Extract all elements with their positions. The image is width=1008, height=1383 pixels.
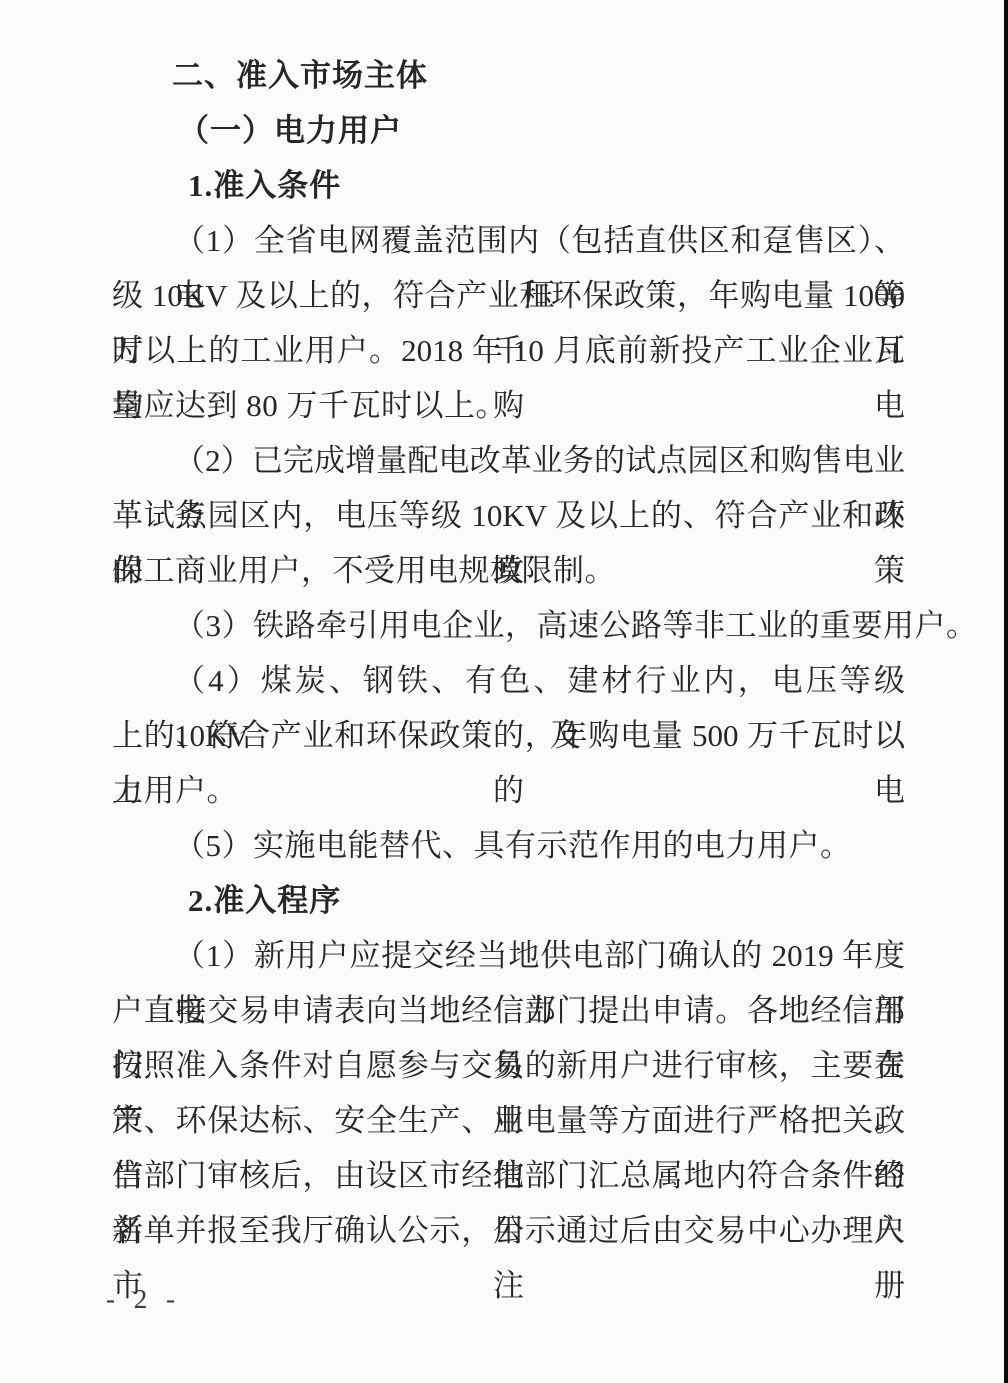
document-content: 二、准入市场主体 （一）电力用户 1.准入条件 （1）全省电网覆盖范围内（包括直…	[112, 48, 905, 1258]
paragraph-line: 革试点园区内，电压等级 10KV 及以上的、符合产业和环保政策	[112, 488, 905, 543]
paragraph-line: （1）全省电网覆盖范围内（包括直供区和趸售区）、电压等	[112, 213, 905, 268]
paragraph-line: （5）实施电能替代、具有示范作用的电力用户。	[112, 818, 905, 873]
paragraph-line: 名单并报至我厅确认公示，公示通过后由交易中心办理入市注册	[112, 1203, 905, 1258]
paragraph-line: （4）煤炭、钢铁、有色、建材行业内，电压等级 10KV 及以	[112, 653, 905, 708]
section-heading: 二、准入市场主体	[112, 48, 905, 103]
paragraph-procedure-1: （1）新用户应提交经当地供电部门确认的 2019 年度电力用 户直接交易申请表向…	[112, 928, 905, 1258]
paragraph-line: 户直接交易申请表向当地经信部门提出申请。各地经信部门负责	[112, 983, 905, 1038]
paragraph-line: （3）铁路牵引用电企业，高速公路等非工业的重要用户。	[112, 598, 905, 653]
paragraph-railway: （3）铁路牵引用电企业，高速公路等非工业的重要用户。	[112, 598, 905, 653]
page-number: - 2 -	[106, 1284, 181, 1315]
heading-admission-conditions: 1.准入条件	[112, 158, 905, 213]
paragraph-substitution: （5）实施电能替代、具有示范作用的电力用户。	[112, 818, 905, 873]
paragraph-grid-users: （1）全省电网覆盖范围内（包括直供区和趸售区）、电压等 级 10KV 及以上的，…	[112, 213, 905, 433]
paragraph-line: 时以上的工业用户。2018 年 10 月底前新投产工业企业月均购电	[112, 323, 905, 378]
paragraph-pilot-zones: （2）已完成增量配电改革业务的试点园区和购售电业务改 革试点园区内，电压等级 1…	[112, 433, 905, 598]
scan-edge-line	[1004, 0, 1008, 1383]
heading-admission-procedure: 2.准入程序	[112, 873, 905, 928]
subsection-heading: （一）电力用户	[112, 103, 905, 158]
paragraph-line: 上的、符合产业和环保政策的，年购电量 500 万千瓦时以上的电	[112, 708, 905, 763]
scanned-document-page: 二、准入市场主体 （一）电力用户 1.准入条件 （1）全省电网覆盖范围内（包括直…	[0, 0, 1008, 1383]
paragraph-line: 策、环保达标、安全生产、用电量等方面进行严格把关。当地经	[112, 1093, 905, 1148]
paragraph-line: 信部门审核后，由设区市经信部门汇总属地内符合条件的新用户	[112, 1148, 905, 1203]
paragraph-line: （1）新用户应提交经当地供电部门确认的 2019 年度电力用	[112, 928, 905, 983]
paragraph-line: 按照准入条件对自愿参与交易的新用户进行审核，主要在产业政	[112, 1038, 905, 1093]
paragraph-line: （2）已完成增量配电改革业务的试点园区和购售电业务改	[112, 433, 905, 488]
paragraph-line: 级 10KV 及以上的，符合产业和环保政策，年购电量 1000 万千瓦	[112, 268, 905, 323]
paragraph-industries: （4）煤炭、钢铁、有色、建材行业内，电压等级 10KV 及以 上的、符合产业和环…	[112, 653, 905, 818]
